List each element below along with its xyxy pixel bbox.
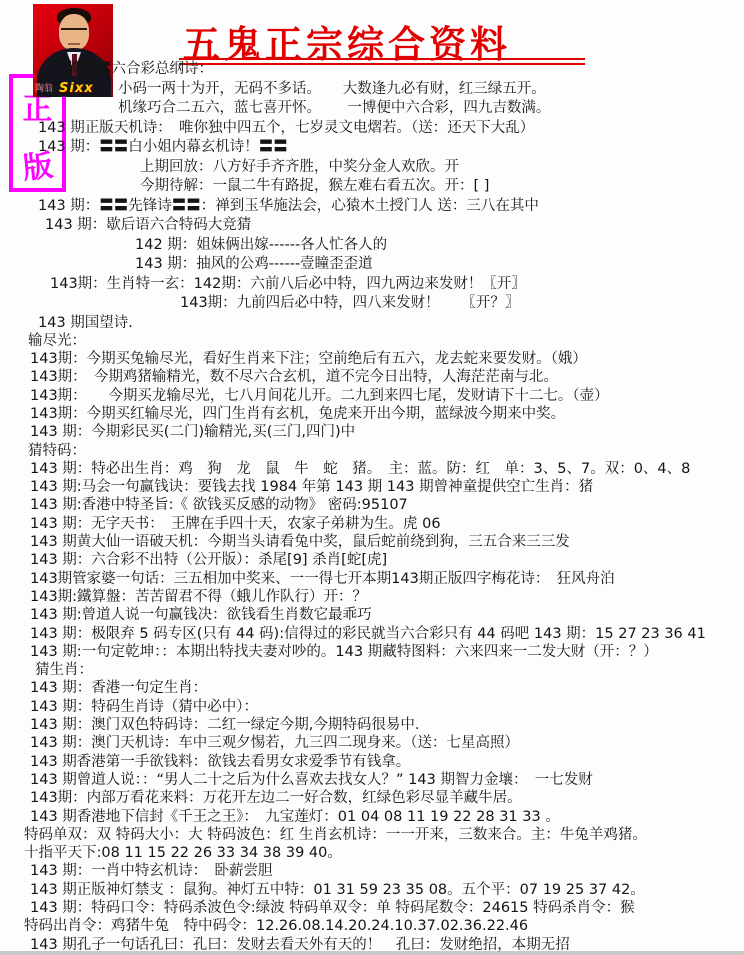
text-line: 143 期：澳门天机诗：车中三观夕惕若，九三四二现身来。（送：七星高照） [0, 734, 744, 752]
text-line: 143 期正版天机诗： 唯你独中四五个，七岁灵文电熠若。（送：还天下大乱） [0, 119, 744, 139]
text-line: 小码一两十为开，无码不多话。 大数逢九必有财，红三绿五开。 [0, 80, 744, 100]
text-line: 特码出肖令：鸡猪牛兔 特中码令：12.26.08.14.20.24.10.37.… [0, 917, 744, 935]
text-line: 143期： 今期买龙输尽光，七八月间花儿开。二九到来四七尾，发财请下十二七。（壶… [0, 387, 744, 405]
text-line: 143 期黄大仙一语破天机：今期当头请看兔中奖，鼠后蛇前绕到狗，三五合来三三发 [0, 533, 744, 551]
text-line: 期〓〓六合彩总纲诗： [0, 60, 744, 80]
text-line: 143 期：特码口令：特码杀波色令:绿波 特码单双令：单 特码尾数令：24615… [0, 899, 744, 917]
text-line: 143 期：香港一句定生肖： [0, 679, 744, 697]
text-line: 143 期：〓〓先锋诗〓〓：禅到玉华施法会，心猿木土授门人 送：三八在其中 [0, 197, 744, 217]
text-line: 143 期：特码生肖诗（猜中必中）： [0, 698, 744, 716]
text-line: 143 期：澳门双色特码诗：二红一绿定今期,今期特码很易中. [0, 716, 744, 734]
text-line: 143期： 今期鸡猪输精光，数不尽六合玄机，道不完今日出特，人海茫茫南与北。 [0, 368, 744, 386]
text-line: 机缘巧合二五六，蓝七喜开怀。 一博便中六合彩，四九吉数满。 [0, 99, 744, 119]
text-line: 143 期：六合彩不出特（公开版）：杀尾[9] 杀肖[蛇[虎] [0, 551, 744, 569]
text-line: 143 期国望诗. [0, 314, 744, 332]
text-line: 143 期:香港中特圣旨:《 欲钱买反感的动物》 密码:95107 [0, 496, 744, 514]
text-line: 猜生肖： [0, 661, 744, 679]
text-line: 猜特码： [0, 442, 744, 460]
text-line: 输尽光： [0, 332, 744, 350]
glasses-icon [61, 28, 87, 37]
text-line: 143 期：无字天书： 王牌在手四十天，农家子弟耕为生。虎 06 [0, 515, 744, 533]
text-line: 特码单双：双 特码大小：大 特码波色：红 生肖玄机诗：一一开来，三数来合。主：牛… [0, 826, 744, 844]
text-line: 143 期香港第一手欲钱料：欲钱去看男女求爱季节有钱拿。 [0, 753, 744, 771]
text-line: 143 期：一肖中特玄机诗： 卧薪尝胆 [0, 862, 744, 880]
text-line: 143期：内部万看花来料：万花开左边二一好合数，红绿色彩尽显羊藏牛居。 [0, 789, 744, 807]
text-line: 143 期:曾道人说一句赢钱决：欲钱看生肖数它最乖巧 [0, 606, 744, 624]
text-line: 143期:鐵算盤：苦苦留君不得（蛾儿作队行）开：？ [0, 588, 744, 606]
content-lines: 期〓〓六合彩总纲诗：小码一两十为开，无码不多话。 大数逢九必有财，红三绿五开。机… [0, 60, 744, 954]
text-line: 今期待解：一鼠二牛有路捉，猴左难右看五次。开：[ ] [0, 177, 744, 197]
text-line: 143 期：今期彩民买(二门)输精光,买(三门,四门)中 [0, 423, 744, 441]
text-line: 143期：今期买红输尽光，四门生肖有玄机，兔虎来开出今期，蓝绿波今期来中奖。 [0, 405, 744, 423]
text-line: 143 期：极限弃 5 码专区(只有 44 码):信得过的彩民就当六合彩只有 4… [0, 625, 744, 643]
text-line: 143 期孔子一句话孔曰：孔曰：发财去看天外有天的！ 孔曰：发财绝招，本期无招 [0, 936, 744, 954]
text-line: 上期回放：八方好手齐齐胜，中奖分金人欢欣。开 [0, 158, 744, 178]
text-line: 143 期：特必出生肖：鸡 狗 龙 鼠 牛 蛇 猪。 主：蓝。防：红 单：3、5… [0, 460, 744, 478]
text-line: 143 期:一句定乾坤：：本期出特找夫妻对吵的。143 期藏特图料：六来四来一二… [0, 643, 744, 661]
text-line: 143 期香港地下信封《千王之王》： 九宝莲灯：01 04 08 11 19 2… [0, 808, 744, 826]
text-line: 十指平天下:08 11 15 22 26 33 34 38 39 40。 [0, 844, 744, 862]
text-line: 142 期：姐妹俩出嫁------各人忙各人的 [0, 236, 744, 256]
text-line: 143期：九前四后必中特，四八来发财！ 〖开？〗 [0, 294, 744, 314]
text-line: 143 期:马会一句赢钱诀：要钱去找 1984 年第 143 期 143 期曾神… [0, 478, 744, 496]
text-line: 143 期曾道人说：：“男人二十之后为什么喜欢去找女人？” 143 期智力金壤：… [0, 771, 744, 789]
text-line: 143 期：抽风的公鸡------壹瞳歪歪道 [0, 255, 744, 275]
portrait-mouth [68, 43, 80, 45]
lottery-info-sheet: 正 版 陶翁 Sixx 五鬼正宗综合资料 期〓〓六合彩总纲诗：小码一两十为开，无… [0, 0, 744, 955]
text-line: 143期：生肖特一玄：142期：六前八后必中特，四九两边来发财！〖开〗 [0, 275, 744, 295]
text-line: 143期：今期买兔输尽光，看好生肖来下注；空前绝后有五六，龙去蛇来要发财。（娥） [0, 350, 744, 368]
text-line: 143 期：歇后语六合特码大竞猜 [0, 216, 744, 236]
text-line: 143 期：〓〓白小姐内幕玄机诗！〓〓 [0, 138, 744, 158]
text-line: 143期管家婆一句话：三五相加中奖来、一一得七开本期143期正版四字梅花诗： 狂… [0, 570, 744, 588]
text-line: 143 期正版神灯禁支 ：鼠狗。神灯五中特：01 31 59 23 35 08。… [0, 881, 744, 899]
